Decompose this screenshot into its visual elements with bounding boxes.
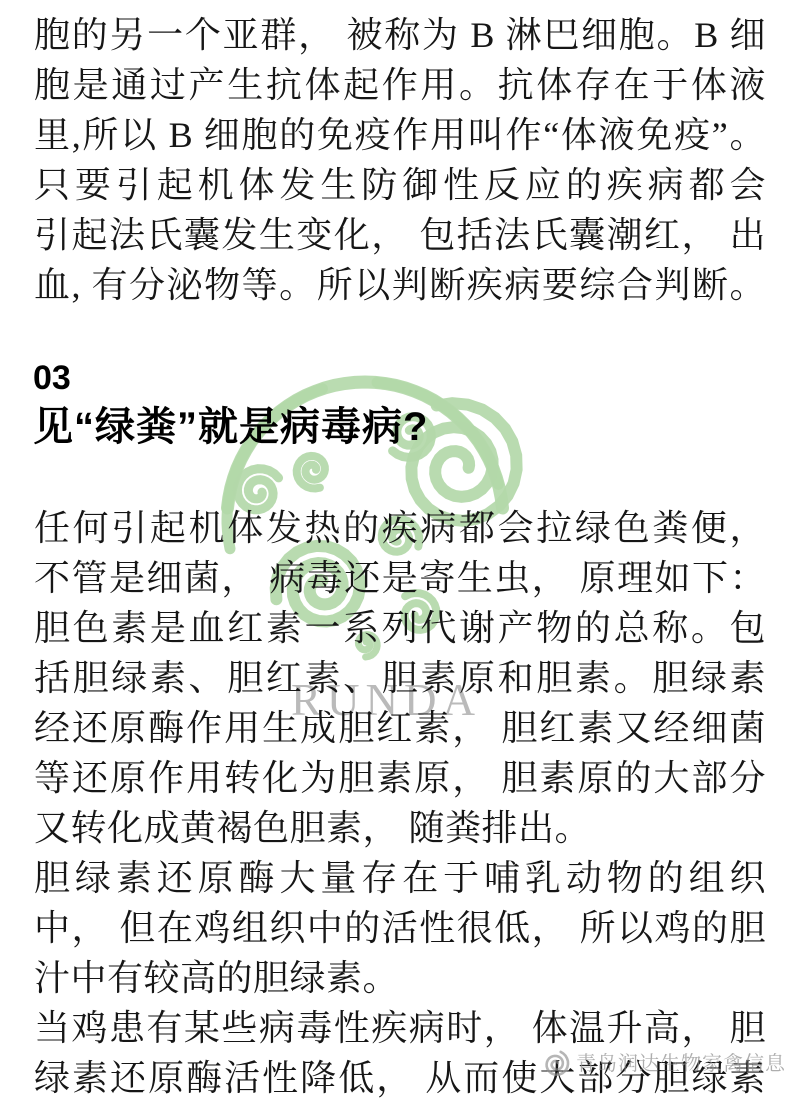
footer-watermark: 青岛润达生物家禽信息 [540,1048,786,1080]
text-line: 等还原作用转化为胆素原， 胆素原的大部分 [34,753,766,803]
text-line: 胆绿素还原酶大量存在于哺乳动物的组织 [34,853,766,903]
text-line: 又转化成黄褐色胆素， 随粪排出。 [34,803,766,853]
footer-watermark-text: 青岛润达生物家禽信息 [576,1049,786,1079]
text-line: 括胆绿素、胆红素、胆素原和胆素。胆绿素 [34,653,766,703]
text-line: 当鸡患有某些病毒性疾病时， 体温升高， 胆 [34,1003,766,1053]
text-line: 任何引起机体发热的疾病都会拉绿色粪便， [34,503,766,553]
text-line: 胞的另一个亚群， 被称为 B 淋巴细胞。B 细 [34,10,766,60]
text-line: 不管是细菌， 病毒还是寄生虫， 原理如下： [34,553,766,603]
text-line: 胆色素是血红素一系列代谢产物的总称。包 [34,603,766,653]
text-line: 中， 但在鸡组织中的活性很低， 所以鸡的胆 [34,903,766,953]
section-number: 03 [33,356,71,400]
text-line: 引起法氏囊发生变化， 包括法氏囊潮红， 出 [34,210,766,260]
text-line: 胞是通过产生抗体起作用。抗体存在于体液 [34,60,766,110]
text-line: 汁中有较高的胆绿素。 [34,953,766,1003]
text-line: 里,所以 B 细胞的免疫作用叫作“体液免疫”。 [34,110,766,160]
text-line: 血, 有分泌物等。所以判断疾病要综合判断。 [34,260,766,310]
text-line: 经还原酶作用生成胆红素， 胆红素又经细菌 [34,703,766,753]
paragraph-2: 任何引起机体发热的疾病都会拉绿色粪便， 不管是细菌， 病毒还是寄生虫， 原理如下… [34,503,766,1101]
paragraph-1: 胞的另一个亚群， 被称为 B 淋巴细胞。B 细 胞是通过产生抗体起作用。抗体存在… [34,10,766,310]
document-page: RUNDA 胞的另一个亚群， 被称为 B 淋巴细胞。B 细 胞是通过产生抗体起作… [0,0,800,1101]
text-line: 只要引起机体发生防御性反应的疾病都会 [34,160,766,210]
section-heading: 见“绿粪”就是病毒病? [33,400,428,454]
runda-mini-swirl-icon [540,1048,572,1080]
